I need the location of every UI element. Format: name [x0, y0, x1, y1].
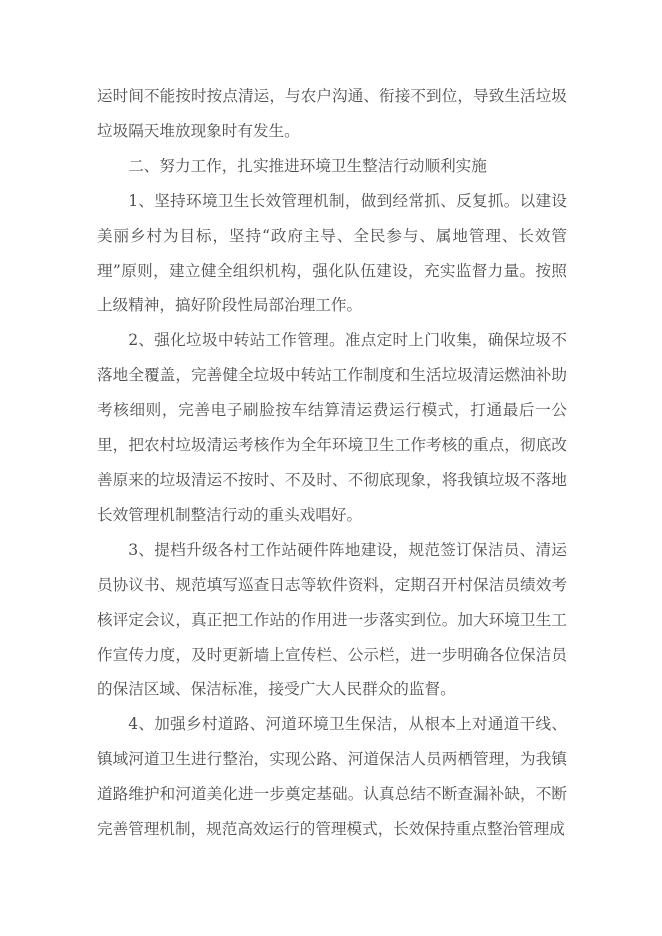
paragraph: 1、坚持环境卫生长效管理机制，做到经常抓、反复抓。以建设美丽乡村为目标，坚持“政…: [97, 184, 567, 324]
document-body: 运时间不能按时按点清运，与农户沟通、衔接不到位，导致生活垃圾垃圾隔天堆放现象时有…: [97, 79, 567, 847]
paragraph: 4、加强乡村道路、河道环境卫生保洁，从根本上对通道干线、镇域河道卫生进行整治，实…: [97, 707, 567, 847]
section-heading: 二、努力工作，扎实推进环境卫生整洁行动顺利实施: [97, 149, 567, 184]
paragraph: 3、提档升级各村工作站硬件阵地建设，规范签订保洁员、清运员协议书、规范填写巡查日…: [97, 533, 567, 708]
document-page: 运时间不能按时按点清运，与农户沟通、衔接不到位，导致生活垃圾垃圾隔天堆放现象时有…: [0, 0, 662, 936]
paragraph: 运时间不能按时按点清运，与农户沟通、衔接不到位，导致生活垃圾垃圾隔天堆放现象时有…: [97, 79, 567, 149]
paragraph: 2、强化垃圾中转站工作管理。准点定时上门收集，确保垃圾不落地全覆盖，完善健全垃圾…: [97, 323, 567, 532]
